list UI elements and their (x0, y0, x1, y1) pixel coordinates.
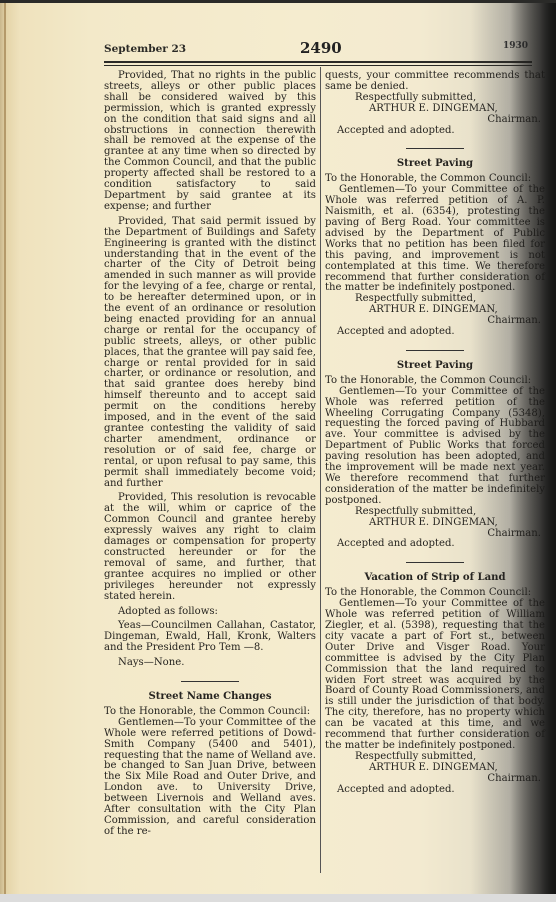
adopted-line: Adopted as follows: (104, 607, 316, 618)
yeas-line: Yeas—Councilmen Callahan, Castator, Ding… (104, 621, 316, 654)
section-body: Gentlemen—To your Committee of the Whole… (325, 185, 545, 294)
page-header: September 23 2490 1930 (104, 37, 528, 63)
section-body: Gentlemen—To your Committee of the Whole… (325, 387, 545, 507)
accepted-line: Accepted and adopted. (325, 126, 545, 137)
signature-name: ARTHUR E. DINGEMAN, (325, 518, 545, 529)
signature-title: Chairman. (325, 774, 545, 785)
header-rule (104, 61, 532, 66)
section-heading: Street Name Changes (104, 692, 316, 703)
accepted-line: Accepted and adopted. (325, 785, 545, 796)
right-column: quests, your committee recommends that s… (325, 71, 545, 795)
signature-title: Chairman. (325, 115, 545, 126)
left-column: Provided, That no rights in the public s… (104, 71, 316, 838)
header-year: 1930 (503, 41, 528, 51)
binding-edge (4, 3, 6, 897)
section-body: Gentlemen—To your Committee of the Whole… (325, 599, 545, 752)
column-divider (320, 67, 321, 873)
paragraph: Provided, That no rights in the public s… (104, 71, 316, 213)
section-rule (406, 148, 464, 149)
section-heading: Street Paving (325, 361, 545, 372)
section-body: Gentlemen—To your Committee of the Whole… (104, 718, 316, 838)
section-rule (406, 350, 464, 351)
section-rule (406, 562, 464, 563)
page-number: 2490 (300, 39, 342, 57)
section-heading: Street Paving (325, 159, 545, 170)
paragraph: Provided, That said permit issued by the… (104, 217, 316, 490)
paragraph: Provided, This resolution is revocable a… (104, 493, 316, 602)
scanned-page: September 23 2490 1930 Provided, That no… (0, 0, 556, 894)
signature-closing: Respectfully submitted, (325, 507, 545, 518)
header-date: September 23 (104, 43, 186, 55)
scan-bottom-margin (0, 894, 556, 902)
signature-name: ARTHUR E. DINGEMAN, (325, 104, 545, 115)
section-heading: Vacation of Strip of Land (325, 573, 545, 584)
section-rule (181, 681, 239, 682)
accepted-line: Accepted and adopted. (325, 327, 545, 338)
continuation-text: quests, your committee recommends that s… (325, 71, 545, 93)
nays-line: Nays—None. (104, 658, 316, 669)
accepted-line: Accepted and adopted. (325, 539, 545, 550)
